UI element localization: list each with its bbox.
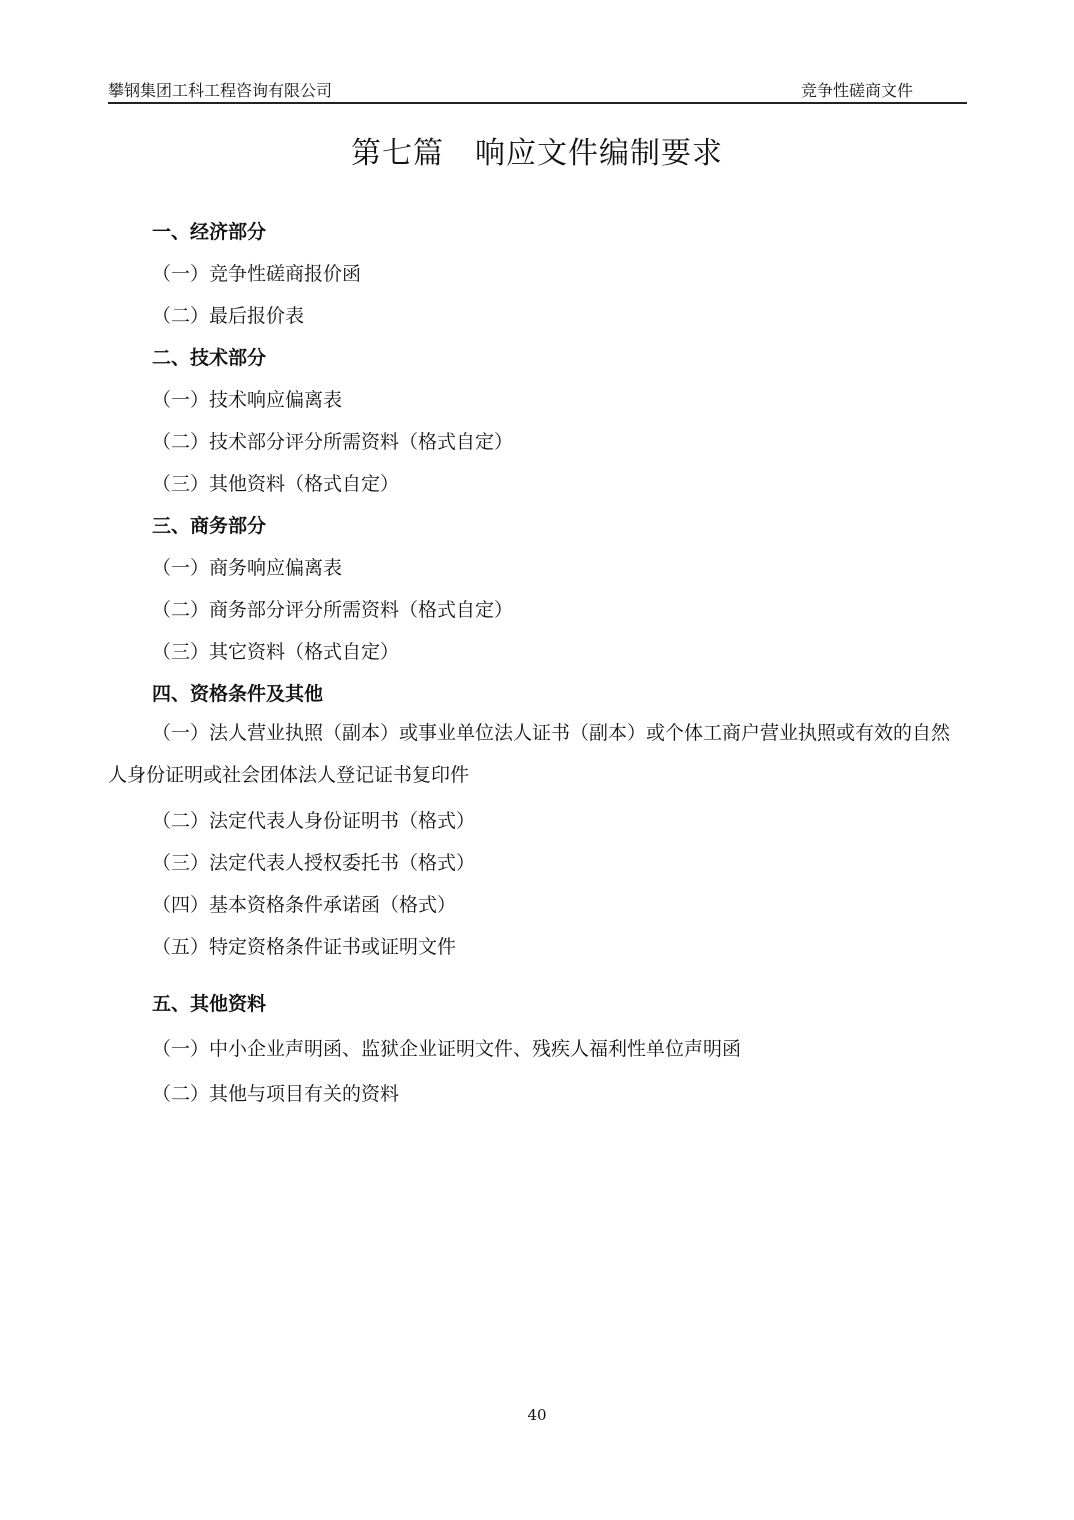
- list-item: （三）其它资料（格式自定）: [152, 637, 399, 664]
- section-heading: 一、经济部分: [152, 217, 266, 244]
- list-item: （二）技术部分评分所需资料（格式自定）: [152, 427, 513, 454]
- section-heading: 三、商务部分: [152, 511, 266, 538]
- list-item: （三）法定代表人授权委托书（格式）: [152, 848, 475, 875]
- list-item: （四）基本资格条件承诺函（格式）: [152, 890, 456, 917]
- list-item: （一）法人营业执照（副本）或事业单位法人证书（副本）或个体工商户营业执照或有效的…: [108, 712, 968, 796]
- header-doc-type: 竞争性磋商文件: [801, 78, 913, 101]
- page-header: 攀钢集团工科工程咨询有限公司 竞争性磋商文件: [108, 76, 967, 104]
- list-item: （二）其他与项目有关的资料: [152, 1079, 399, 1106]
- section-heading: 四、资格条件及其他: [152, 679, 323, 706]
- list-item: （一）竞争性磋商报价函: [152, 259, 361, 286]
- list-item: （二）法定代表人身份证明书（格式）: [152, 806, 475, 833]
- list-item: （一）商务响应偏离表: [152, 553, 342, 580]
- list-item: （五）特定资格条件证书或证明文件: [152, 932, 456, 959]
- list-item: （三）其他资料（格式自定）: [152, 469, 399, 496]
- section-heading: 二、技术部分: [152, 343, 266, 370]
- section-heading: 五、其他资料: [152, 989, 266, 1016]
- list-item: （二）商务部分评分所需资料（格式自定）: [152, 595, 513, 622]
- list-item: （一）技术响应偏离表: [152, 385, 342, 412]
- list-item: （一）中小企业声明函、监狱企业证明文件、残疾人福利性单位声明函: [152, 1034, 741, 1061]
- page-number: 40: [0, 1406, 1074, 1424]
- list-item: （二）最后报价表: [152, 301, 304, 328]
- page-title: 第七篇 响应文件编制要求: [0, 128, 1074, 172]
- header-company: 攀钢集团工科工程咨询有限公司: [108, 78, 332, 101]
